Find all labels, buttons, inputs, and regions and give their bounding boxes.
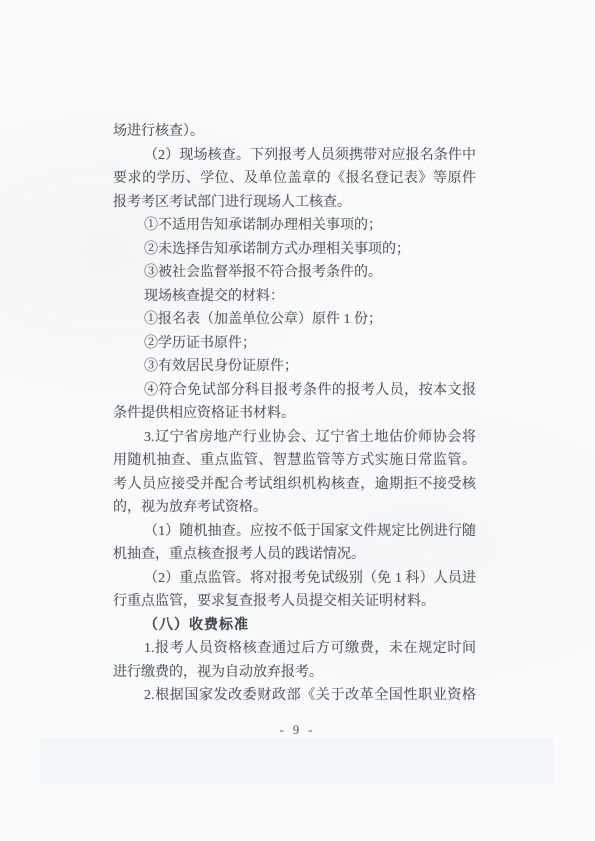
doc-line: 场进行核查）。 bbox=[113, 120, 476, 144]
doc-line: （2）现场核查。下列报考人员须携带对应报名条件中 bbox=[113, 144, 476, 168]
doc-line: 1.报考人员资格核查通过后方可缴费，未在规定时间内 bbox=[113, 637, 476, 661]
doc-line: 用随机抽查、重点监管、智慧监管等方式实施日常监管。报 bbox=[113, 449, 476, 473]
doc-line: 进行缴费的，视为自动放弃报考。 bbox=[113, 661, 476, 685]
page-background: 场进行核查）。 （2）现场核查。下列报考人员须携带对应报名条件中 要求的学历、学… bbox=[0, 0, 595, 841]
scanned-document-page: { "document": { "lines": [ { "text": "场进… bbox=[0, 0, 595, 841]
doc-line: 现场核查提交的材料： bbox=[113, 285, 476, 309]
doc-line: 行重点监管，要求复查报考人员提交相关证明材料。 bbox=[113, 590, 476, 614]
doc-line-list-item: ④符合免试部分科目报考条件的报考人员，按本文报考 bbox=[113, 379, 476, 403]
scan-artifact-band bbox=[40, 738, 555, 784]
doc-line-list-item: ③有效居民身份证原件； bbox=[113, 355, 476, 379]
doc-line: 机抽查，重点核查报考人员的践诺情况。 bbox=[113, 543, 476, 567]
doc-line: 3.辽宁省房地产行业协会、辽宁省土地估价师协会将采 bbox=[113, 426, 476, 450]
doc-line-list-item: ②学历证书原件； bbox=[113, 332, 476, 356]
doc-line-list-item: ①报名表（加盖单位公章）原件 1 份； bbox=[113, 308, 476, 332]
doc-line: （1）随机抽查。应按不低于国家文件规定比例进行随 bbox=[113, 520, 476, 544]
doc-line: 的，视为放弃考试资格。 bbox=[113, 496, 476, 520]
doc-line: 要求的学历、学位、及单位盖章的《报名登记表》等原件到 bbox=[113, 167, 476, 191]
doc-line: 2.根据国家发改委财政部《关于改革全国性职业资格考 bbox=[113, 684, 476, 708]
doc-line: 条件提供相应资格证书材料。 bbox=[113, 402, 476, 426]
page-number: - 9 - bbox=[0, 723, 595, 738]
doc-line: 报考考区考试部门进行现场人工核查。 bbox=[113, 191, 476, 215]
doc-line-list-item: ②未选择告知承诺制方式办理相关事项的； bbox=[113, 238, 476, 262]
doc-line-list-item: ①不适用告知承诺制办理相关事项的； bbox=[113, 214, 476, 238]
doc-line: 考人员应接受并配合考试组织机构核查，逾期拒不接受核查 bbox=[113, 473, 476, 497]
doc-line-list-item: ③被社会监督举报不符合报考条件的。 bbox=[113, 261, 476, 285]
section-heading: （八）收费标准 bbox=[113, 614, 476, 638]
document-body: 场进行核查）。 （2）现场核查。下列报考人员须携带对应报名条件中 要求的学历、学… bbox=[113, 120, 476, 708]
doc-line: （2）重点监管。将对报考免试级别（免 1 科）人员进 bbox=[113, 567, 476, 591]
